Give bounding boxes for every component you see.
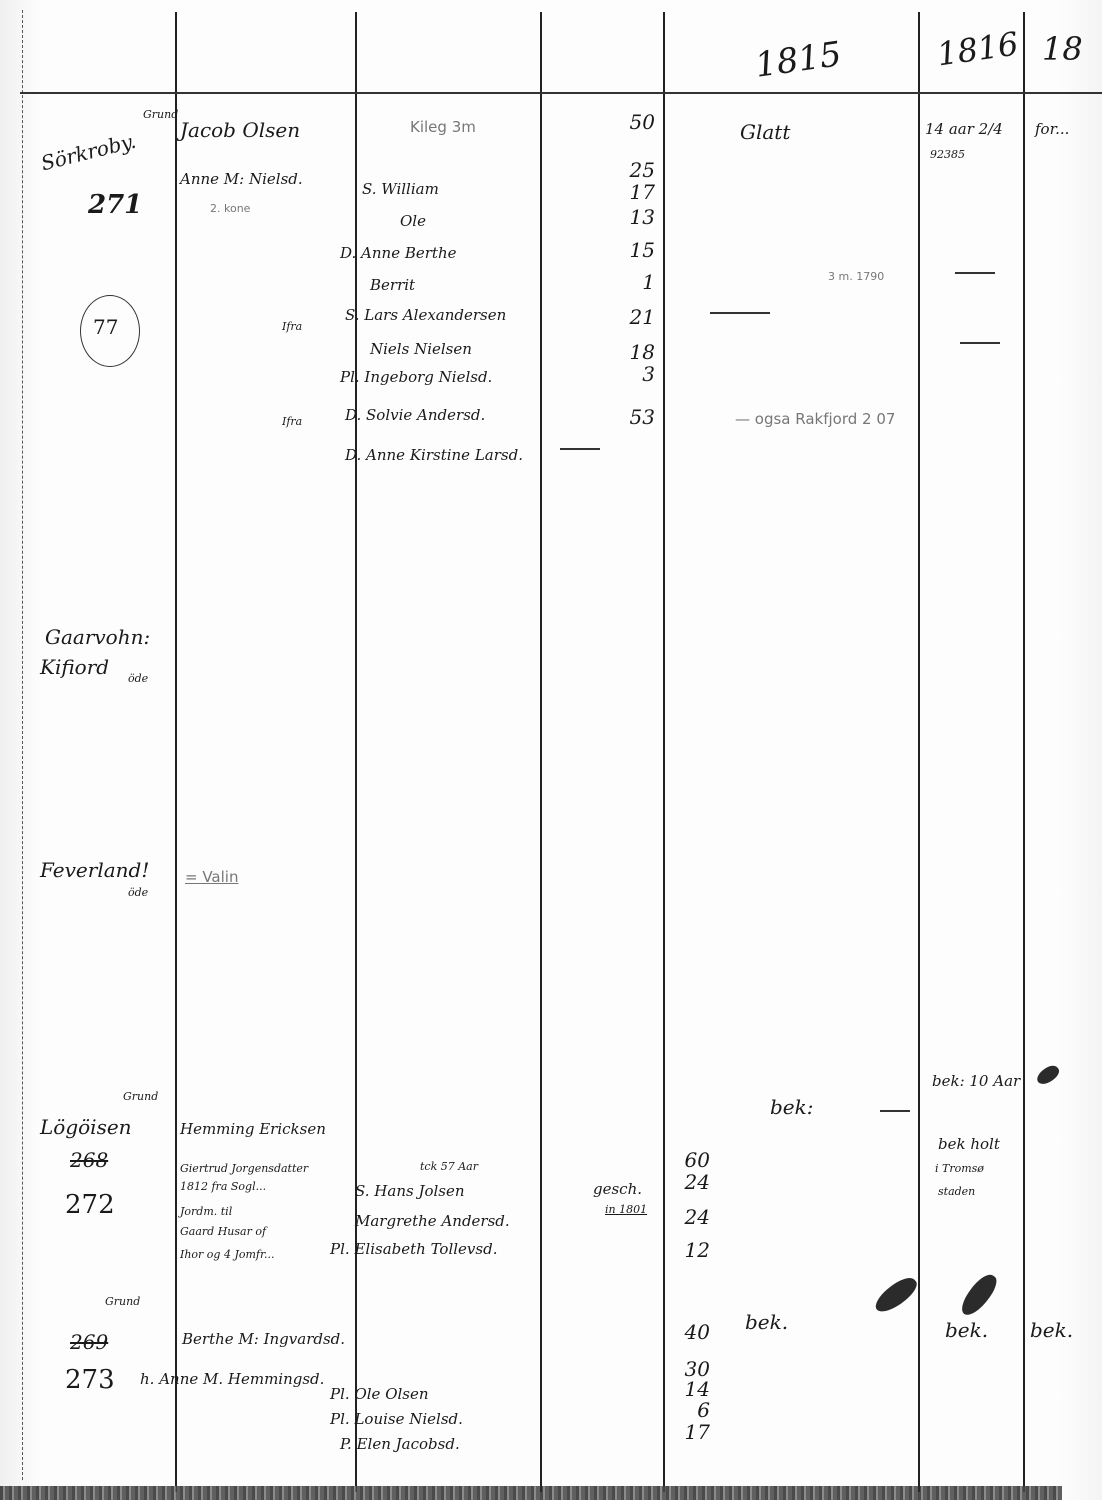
entry1-1816-value: 14 aar 2/4	[925, 120, 1003, 138]
entry2-place-line2: Kifiord	[40, 655, 109, 679]
member-age: 60	[660, 1148, 710, 1172]
entry4-place-note: Grund	[123, 1090, 158, 1103]
dash-mark	[880, 1110, 910, 1112]
header-year-18xx: 18	[1042, 30, 1083, 68]
member-age: 40	[660, 1320, 710, 1344]
entry4-old-farm-number: 268	[70, 1148, 108, 1172]
ink-blot	[871, 1272, 921, 1318]
entry1-spouse: Anne M: Nielsd.	[180, 170, 303, 188]
entry1-place-note: Grund	[143, 108, 178, 121]
entry4-head-note: Giertrud Jorgensdatter	[180, 1162, 308, 1175]
entry4-bracket-note: gesch.	[593, 1180, 642, 1198]
member-age: 13	[605, 205, 655, 229]
entry1-head: Jacob Olsen	[180, 118, 300, 142]
entry4-1815-value: bek:	[770, 1095, 814, 1119]
member-age: 1	[605, 270, 655, 294]
entry4-farm-number: 272	[65, 1190, 115, 1220]
member-name: Niels Nielsen	[370, 340, 472, 358]
header-rule	[20, 92, 1102, 94]
member-name: D. Anne Kirstine Larsd.	[345, 446, 523, 464]
dash-mark	[560, 448, 600, 450]
member-age: 12	[660, 1238, 710, 1262]
member-age: 24	[660, 1170, 710, 1194]
entry3-annotation: = Valin	[185, 868, 238, 886]
entry1-1815-value: Glatt	[740, 120, 790, 144]
column-divider-6	[1023, 12, 1025, 1492]
member-name: Elen Jacobsd.	[357, 1435, 460, 1453]
entry1-circled-number: 77	[93, 315, 118, 339]
member-name: D. Solvie Andersd.	[345, 406, 485, 424]
member-name: Pl. Ingeborg Nielsd.	[340, 368, 492, 386]
entry1-farm-number: 271	[88, 190, 142, 220]
entry4-head-note: Gaard Husar of	[180, 1225, 266, 1238]
page-edge-shadow	[22, 10, 23, 1480]
entry5-1816-value: bek.	[945, 1318, 988, 1342]
entry4-head-note: Jordm. til	[180, 1205, 232, 1218]
member-age: 21	[605, 305, 655, 329]
entry4-1816-line: bek holt	[938, 1135, 1000, 1153]
entry1-location-note: Kileg 3m	[410, 118, 476, 136]
column-divider-1	[175, 12, 177, 1492]
entry1-18xx-value: for...	[1035, 120, 1069, 138]
entry5-old-farm-number: 269	[70, 1330, 108, 1354]
entry5-spouse: h. Anne M. Hemmingsd.	[140, 1370, 324, 1388]
entry1-place: Sörkroby.	[39, 129, 139, 176]
entry1-1815-note: — ogsa Rakfjord 2 07	[735, 410, 895, 428]
member-prefix: Pl.	[330, 1385, 350, 1403]
column-divider-4	[663, 12, 665, 1492]
member-age: 17	[660, 1420, 710, 1444]
member-age: 18	[605, 340, 655, 364]
ink-blot	[1034, 1062, 1061, 1088]
entry5-place-note: Grund	[105, 1295, 140, 1308]
entry4-head-note: 1812 fra Sogl...	[180, 1180, 266, 1193]
member-prefix: Pl.	[330, 1410, 350, 1428]
entry3-place: Feverland!	[40, 858, 149, 882]
entry4-1816-line: staden	[938, 1185, 975, 1198]
column-divider-2	[355, 12, 357, 1492]
member-age: 15	[605, 238, 655, 262]
member-age: 24	[660, 1205, 710, 1229]
member-prefix: P.	[340, 1435, 352, 1453]
entry4-side-note: tck 57 Aar	[420, 1160, 478, 1173]
entry4-place: Lögöisen	[40, 1115, 132, 1139]
member-age: 6	[660, 1398, 710, 1422]
column-divider-3	[540, 12, 542, 1492]
member-age: 25	[605, 158, 655, 182]
entry5-1815-value: bek.	[745, 1310, 788, 1334]
entry4-head: Hemming Ericksen	[180, 1120, 326, 1138]
member-prefix: Ifra	[282, 320, 302, 333]
dash-mark	[955, 272, 995, 274]
member-age: 3	[605, 362, 655, 386]
entry4-1816-value: bek: 10 Aar	[932, 1072, 1020, 1090]
entry5-farm-number: 273	[65, 1365, 115, 1395]
entry5-head: Berthe M: Ingvardsd.	[182, 1330, 345, 1348]
page-bottom-edge	[0, 1486, 1062, 1500]
member-name: Anne Berthe	[361, 244, 456, 262]
entry4-bracket-year: in 1801	[605, 1203, 647, 1216]
member-name: Louise Nielsd.	[354, 1410, 462, 1428]
member-name: Margrethe Andersd.	[355, 1212, 510, 1230]
member-name: S. Lars Alexandersen	[345, 306, 506, 324]
ledger-page: 1815 1816 18 Grund Sörkroby. 271 77 Jaco…	[0, 0, 1102, 1500]
entry5-18xx-value: bek.	[1030, 1318, 1073, 1342]
member-name: Ole	[400, 212, 426, 230]
entry3-place-note: öde	[128, 886, 148, 899]
column-divider-5	[918, 12, 920, 1492]
member-prefix: S.	[362, 180, 377, 198]
entry1-spouse-note: 2. kone	[210, 202, 250, 215]
member-name: William	[381, 180, 439, 198]
ink-blot	[957, 1270, 1001, 1321]
entry1-1815-pencil: 3 m. 1790	[828, 270, 884, 283]
member-name: Ole Olsen	[354, 1385, 428, 1403]
member-name: Elisabeth Tollevsd.	[354, 1240, 497, 1258]
entry4-1816-line: i Tromsø	[935, 1162, 984, 1175]
entry4-head-note: Ihor og 4 Jomfr...	[180, 1248, 275, 1261]
header-year-1816: 1816	[935, 25, 1021, 74]
member-age: 17	[605, 180, 655, 204]
entry1-1816-sub: 92385	[930, 148, 965, 161]
member-prefix: D.	[340, 244, 356, 262]
member-prefix: Pl.	[330, 1240, 350, 1258]
member-name: Berrit	[370, 276, 415, 294]
member-prefix: Ifra	[282, 415, 302, 428]
member-name: Hans Jolsen	[374, 1182, 464, 1200]
entry2-place: Gaarvohn:	[45, 625, 150, 649]
member-age: 50	[605, 110, 655, 134]
member-prefix: S.	[355, 1182, 370, 1200]
dash-mark	[960, 342, 1000, 344]
dash-mark	[710, 312, 770, 314]
member-age: 53	[605, 405, 655, 429]
header-year-1815: 1815	[753, 34, 844, 86]
entry2-place-note: öde	[128, 672, 148, 685]
